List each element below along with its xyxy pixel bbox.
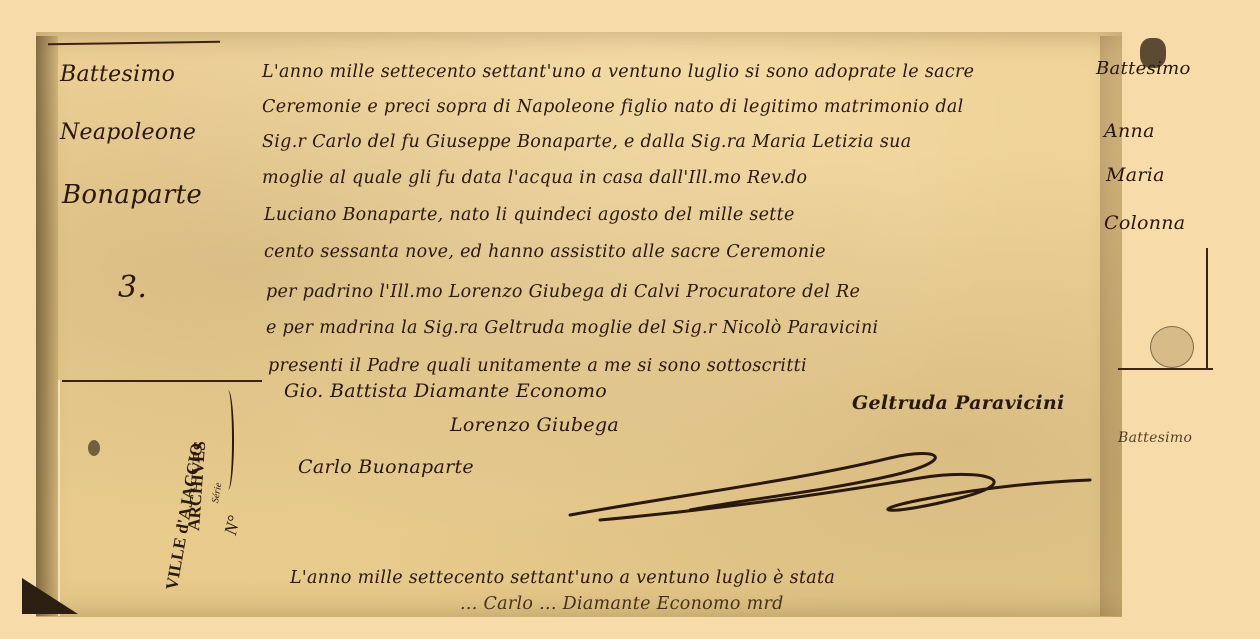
entry-line-6: cento sessanta nove, ed hanno assistito … xyxy=(264,242,826,262)
entry-line-4: moglie al quale gli fu data l'acqua in c… xyxy=(262,168,807,188)
signature-godmother: Geltruda Paravicini xyxy=(852,392,1065,414)
entry-line-3: Sig.r Carlo del fu Giuseppe Bonaparte, e… xyxy=(262,132,912,152)
stamp-number: N° xyxy=(220,513,245,537)
right-margin-name-2: Maria xyxy=(1106,164,1165,186)
signature-flourish xyxy=(560,440,1120,530)
stamp-bracket xyxy=(222,390,234,490)
signature-godfather: Lorenzo Giubega xyxy=(450,414,619,436)
ink-blot xyxy=(1150,326,1194,368)
entry-line-5: Luciano Bonaparte, nato li quindeci agos… xyxy=(264,205,795,225)
signature-priest: Gio. Battista Diamante Economo xyxy=(284,380,607,402)
ink-blot xyxy=(88,440,100,456)
entry-line-9: presenti il Padre quali unitamente a me … xyxy=(268,356,807,376)
right-margin-name-3: Colonna xyxy=(1104,212,1185,234)
page-left-edge xyxy=(36,36,58,616)
right-margin-divider-rule xyxy=(1118,368,1213,370)
margin-name-last: Bonaparte xyxy=(62,180,202,210)
margin-title: Battesimo xyxy=(60,62,175,87)
right-margin-lower-fragment: Battesimo xyxy=(1118,430,1192,446)
archives-stamp: VILLE d'AJACCIO ARCHIVES Série N° xyxy=(152,342,242,592)
margin-name-first: Neapoleone xyxy=(60,120,196,145)
right-margin-vertical-rule xyxy=(1206,248,1208,368)
entry-line-8: e per madrina la Sig.ra Geltruda moglie … xyxy=(266,318,878,338)
next-entry-line-1: L'anno mille settecento settant'uno a ve… xyxy=(290,568,835,588)
entry-line-7: per padrino l'Ill.mo Lorenzo Giubega di … xyxy=(266,282,860,302)
page-fold-line xyxy=(58,380,60,616)
entry-number: 3. xyxy=(118,270,147,305)
signature-father: Carlo Buonaparte xyxy=(298,456,474,478)
entry-line-2: Ceremonie e preci sopra di Napoleone fig… xyxy=(262,97,964,117)
right-margin-title: Battesimo xyxy=(1096,58,1191,79)
entry-line-1: L'anno mille settecento settant'uno a ve… xyxy=(262,62,974,82)
next-entry-line-2: ... Carlo ... Diamante Economo mrd xyxy=(460,594,784,614)
right-margin-name-1: Anna xyxy=(1104,120,1155,142)
